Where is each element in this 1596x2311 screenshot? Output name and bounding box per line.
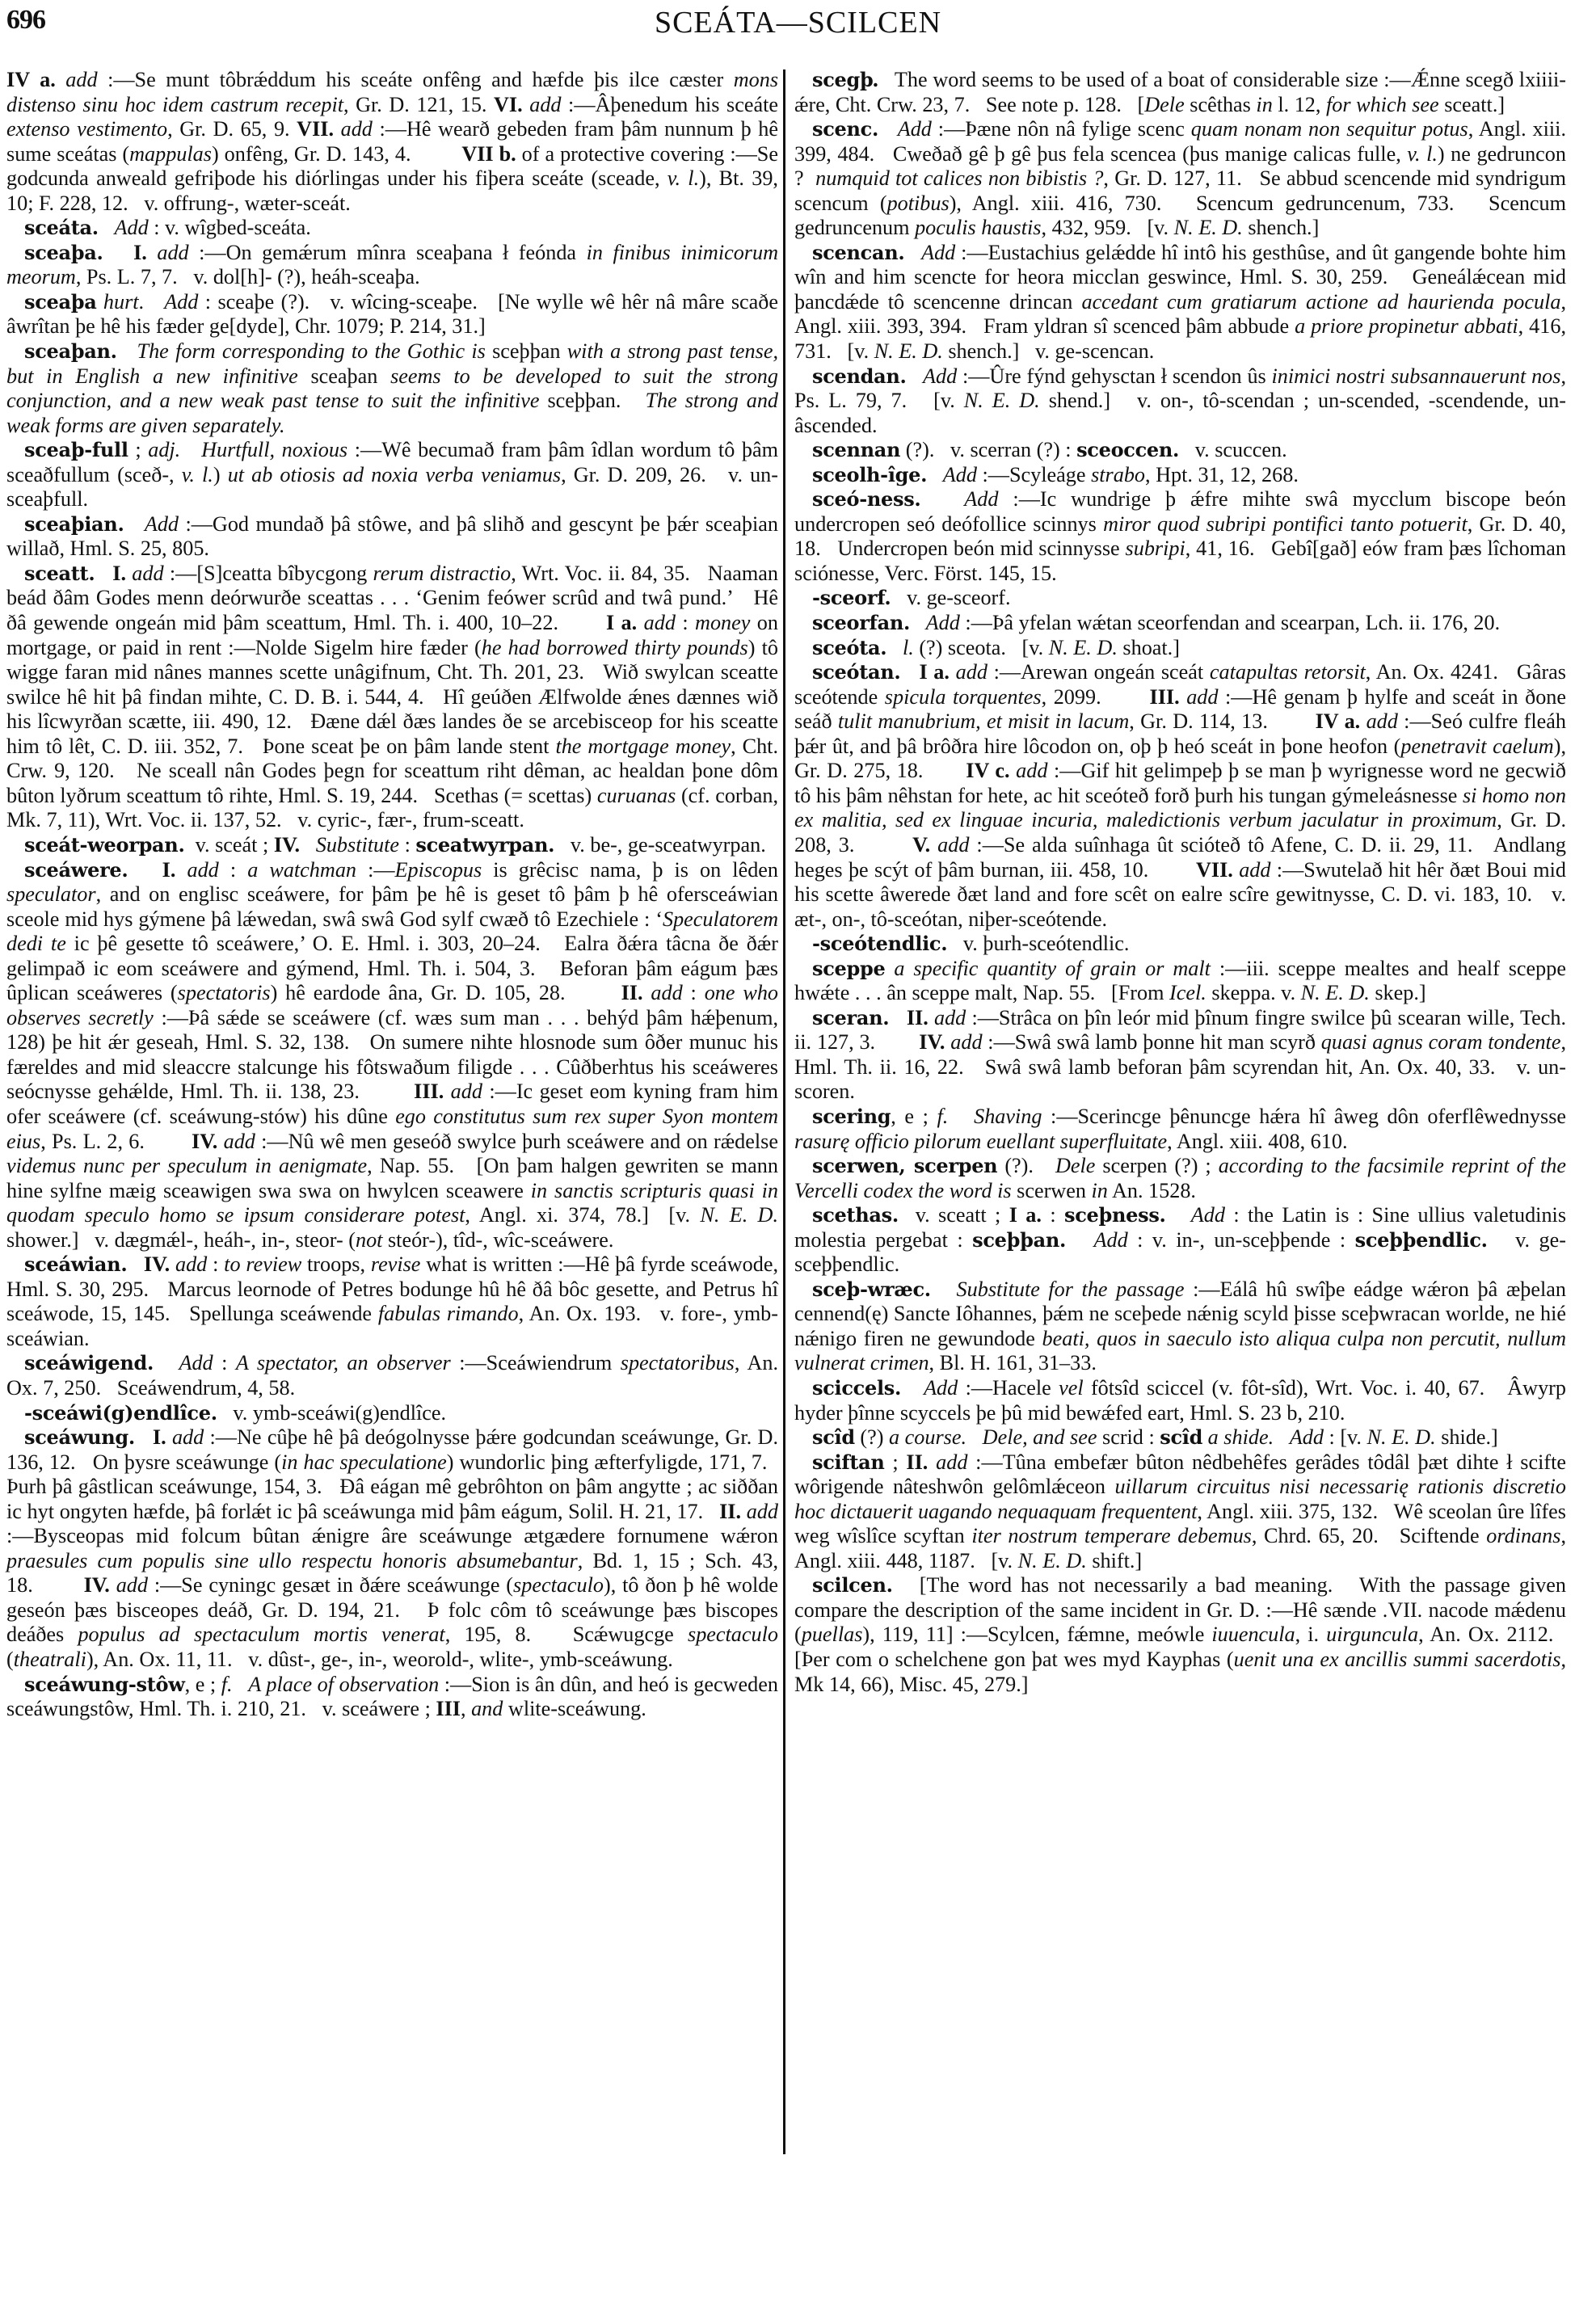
italic-text: uirguncula [1326,1623,1418,1646]
italic-text: populus ad spectaculum mortis venerat [78,1623,444,1646]
italic-text: spectaculo [513,1573,604,1597]
italic-text: Add [179,1351,213,1374]
dictionary-entry: sceáwung-stôw, e ; f. A place of observa… [6,1673,778,1722]
italic-text: in [1256,93,1272,116]
dictionary-entry: sciccels. Add :—Hacele vel fôtsîd scicce… [794,1376,1566,1425]
sense-number: III. [1150,685,1180,709]
italic-text: add [937,833,969,857]
italic-text: l. [903,636,914,659]
italic-text: iuuencula [1211,1623,1295,1646]
sense-number: VI. [494,93,523,116]
headword: sceóta. [812,636,886,659]
headword: scegþ. [812,68,878,91]
dictionary-entry: sceaþa. I. add :—On gemǽrum mînra sceaþa… [6,241,778,290]
dictionary-entry: sceaþian. Add :—God mundað þâ stôwe, and… [6,512,778,562]
dictionary-entry: sceóta. l. (?) sceota. [v. N. E. D. shoa… [794,636,1566,661]
dictionary-entry: -sceorf. v. ge-sceorf. [794,586,1566,611]
italic-text: add [950,1030,982,1054]
italic-text: add [747,1500,778,1523]
headword: sceorfan. [812,611,910,634]
italic-text: inimici nostri subsannauerunt nos [1272,364,1561,388]
italic-text: add [175,1252,207,1276]
headword: sceát-weorpan. [24,833,185,857]
dictionary-entry: sceáwung. I. add :—Ne cûþe hê þâ deógoln… [6,1425,778,1672]
italic-text: N. E. D. [700,1203,778,1227]
headword: sceáta. [24,216,99,239]
italic-text: N. E. D. [874,339,943,363]
italic-text: rasurę officio pilorum euellant superflu… [794,1130,1167,1153]
headword: sceaþ-full [24,438,128,461]
italic-text: and [471,1697,503,1720]
italic-text: f. [221,1673,233,1696]
sense-number: II. [907,1006,929,1029]
sense-number: I a. [919,660,950,684]
dictionary-entry: scennan (?). v. scerran (?) : sceoccen. … [794,438,1566,463]
dictionary-entry: sceolh-îge. Add :—Scyleáge strabo, Hpt. … [794,463,1566,488]
italic-text: hurt [103,290,139,314]
italic-text: add [529,93,561,116]
italic-text: f. [937,1105,949,1128]
italic-text: catapultas retorsit [1210,660,1366,684]
italic-text: add [956,660,987,684]
headword: scilcen. [812,1573,893,1597]
italic-text: Add [924,1376,958,1400]
italic-text: v. l. [182,463,213,486]
sense-number: V. [912,833,930,857]
headword: scendan. [812,364,907,388]
sense-number: IV a. [1316,709,1361,733]
italic-text: N. E. D. [1367,1425,1436,1449]
headword: scîd [1160,1425,1202,1449]
sense-number: VII b. [461,142,516,166]
headword: sceþ-wræc. [812,1278,931,1301]
italic-text: Add [923,364,957,388]
headword: -sceáwi(g)endlîce. [24,1401,217,1425]
italic-text: a course. [889,1425,966,1449]
headword: sceatwyrpan. [415,833,554,857]
dictionary-entry: sceppe a specific quantity of grain or m… [794,957,1566,1006]
dictionary-entry: scîd (?) a course. Dele, and see scrid :… [794,1425,1566,1450]
italic-text: add [224,1130,255,1153]
headword: sceppe [812,957,885,980]
headword: scerwen, scerpen [812,1154,997,1177]
italic-text: add [451,1080,482,1103]
italic-text: Add [145,512,179,536]
headword: sceaþian. [24,512,124,536]
sense-number: III [436,1697,461,1720]
italic-text: Shaving [974,1105,1042,1128]
dictionary-entry: sceáwian. IV. add : to review troops, re… [6,1252,778,1351]
italic-text: in hac speculatione [281,1450,447,1474]
headword: sceótan. [812,660,900,684]
dictionary-entry: scegþ. The word seems to be used of a bo… [794,68,1566,117]
italic-text: Add [164,290,198,314]
italic-text: Add [926,611,960,634]
sense-number: VII. [297,117,334,141]
dictionary-entry: sceþ-wræc. Substitute for the passage :—… [794,1278,1566,1376]
sense-number: IV c. [966,759,1009,782]
italic-text: N. E. D. [1018,1549,1087,1572]
italic-text: add [644,611,676,634]
italic-text: spectatoris [178,981,271,1004]
headword: -sceorf. [812,586,891,609]
headword: sceþþan. [972,1228,1066,1252]
italic-text: A spectator, an observer [236,1351,451,1374]
italic-text: add [1186,685,1218,709]
italic-text: The form corresponding to the Gothic is [137,339,486,363]
italic-text: a watchman [247,858,356,882]
sense-number: I a. [1009,1203,1042,1227]
italic-text: add [1239,858,1270,882]
italic-text: add [116,1573,148,1597]
dictionary-entry: sceaþan. The form corresponding to the G… [6,339,778,438]
headword: sceoccen. [1076,438,1179,461]
italic-text: add [187,858,218,882]
italic-text: quam nonam non sequitur potus [1191,117,1468,141]
headword: sciccels. [812,1376,901,1400]
italic-text: revise [371,1252,421,1276]
dictionary-entry: sceáta. Add : v. wîgbed-sceáta. [6,216,778,241]
italic-text: theatrali [14,1648,86,1671]
italic-text: mappulas [129,142,212,166]
sense-number: I. [133,241,147,264]
headword: scennan [812,438,900,461]
dictionary-entry: sceáwere. I. add : a watchman :—Episcopu… [6,858,778,1253]
italic-text: tulit manubrium, et misit in lacum [838,709,1129,733]
italic-text: N. E. D. [964,389,1040,412]
dictionary-entry: sceó-ness. Add :—Ic wundrige þ ǽfre miht… [794,487,1566,586]
headword: sciftan [812,1450,885,1474]
dictionary-entry: sceáwigend. Add : A spectator, an observ… [6,1351,778,1400]
dictionary-entry: sceát-weorpan. v. sceát ; IV. Substitute… [6,833,778,858]
italic-text: praesules cum populis sine ullo respectu… [6,1549,578,1572]
sense-number: I. [153,1425,166,1449]
sense-number: IV. [84,1573,110,1597]
headword: sceþness. [1064,1203,1166,1227]
headword: sceaþan. [24,339,117,363]
headword: scîd [812,1425,855,1449]
italic-text: Add [964,487,998,511]
italic-text: spectatoribus [621,1351,735,1374]
sense-number: I. [112,562,126,585]
italic-text: iter nostrum temperare debemus [971,1524,1251,1547]
italic-text: add [934,1006,966,1029]
headword: scencan. [812,241,904,264]
left-column: IV a. add :—Se munt tôbrǽddum his sceáte… [6,68,778,1722]
headword: sceaþa. [24,241,103,264]
italic-text: Substitute for the passage [957,1278,1185,1301]
headword: sceolh-îge. [812,463,927,486]
italic-text: add [172,1425,204,1449]
dictionary-entry: scethas. v. sceatt ; I a. : sceþness. Ad… [794,1203,1566,1278]
headword: -sceótendlic. [812,932,947,955]
column-divider [783,69,785,2154]
sense-number: IV. [919,1030,945,1054]
italic-text: in sanctis scripturis quasi in quodam sp… [6,1179,778,1227]
dictionary-entry: -sceáwi(g)endlîce. v. ymb-sceáwi(g)endlî… [6,1401,778,1426]
italic-text: Add [1290,1425,1324,1449]
sense-number: IV. [144,1252,170,1276]
dictionary-entry: sceorfan. Add :—Þâ yfelan wǽtan sceorfen… [794,611,1566,636]
italic-text: quasi agnus coram tondente [1321,1030,1561,1054]
dictionary-entry: scering, e ; f. Shaving :—Scerincge þênu… [794,1105,1566,1154]
headword: sceáwung-stôw [24,1673,185,1696]
italic-text: videmus nunc per speculum in aenigmate [6,1154,367,1177]
italic-text: Hurtfull, noxious [201,438,347,461]
italic-text: add [132,562,163,585]
dictionary-entry: sceaþ-full ; adj. Hurtfull, noxious :—Wê… [6,438,778,512]
italic-text: add [341,117,373,141]
headword: sceáwian. [24,1252,127,1276]
italic-text: vel [1059,1376,1084,1400]
italic-text: Episcopus [395,858,482,882]
dictionary-entry: sceran. II. add :—Strâca on þîn leór mid… [794,1006,1566,1105]
dictionary-entry: sciftan ; II. add :—Tûna embefær bûton n… [794,1450,1566,1574]
sense-number: VII. [1196,858,1233,882]
italic-text: money [695,611,750,634]
italic-text: ego constitutus sum rex super Syon monte… [6,1105,778,1153]
dictionary-entry: scencan. Add :—Eustachius gelǽdde hî int… [794,241,1566,364]
italic-text: miror quod subripi pontifici tanto potue… [1103,512,1468,536]
italic-text: Dele, and see [983,1425,1097,1449]
italic-text: Dele [1144,93,1184,116]
dictionary-entry: sceaþa hurt. Add : sceaþe (?). v. wîcing… [6,290,778,339]
italic-text: to review [224,1252,301,1276]
italic-text: N. E. D. [1174,216,1243,239]
headword: sceáwung. [24,1425,135,1449]
headword: sceatt. [24,562,95,585]
italic-text: Substitute [316,833,399,857]
headword: sceó-ness. [812,487,920,511]
sense-number: IV a. [6,68,56,91]
italic-text: a priore propinetur abbati [1295,314,1518,338]
italic-text: Add [921,241,955,264]
headword: sceáwigend. [24,1351,154,1374]
sense-number: III. [414,1080,444,1103]
headword: scenc. [812,117,878,141]
sense-number: I a. [606,611,637,634]
italic-text: beati, quos in saeculo isto aliqua culpa… [794,1327,1566,1375]
italic-text: Dele [1055,1154,1095,1177]
headword: sceáwere. [24,858,128,882]
italic-text: add [936,1450,967,1474]
dictionary-entry: sceatt. I. add :—[S]ceatta bîbycgong rer… [6,562,778,833]
dictionary-entry: scenc. Add :—Þæne nôn nâ fylige scenc qu… [794,117,1566,241]
italic-text: for which see [1326,93,1439,116]
headword: sceran. [812,1006,889,1029]
italic-text: Speculatorem dedi te [6,907,778,956]
headword: sceaþa [24,290,96,314]
italic-text: A place of observation [248,1673,439,1696]
running-head: SCEÁTA—SCILCEN [0,5,1596,40]
italic-text: speculator [6,882,96,906]
italic-text: curuanas [597,784,676,807]
italic-text: a shide. [1208,1425,1274,1449]
italic-text: add [65,68,97,91]
headword: sceþþendlic. [1355,1228,1488,1252]
italic-text: not [356,1228,382,1252]
sense-number: II. [719,1500,741,1523]
dictionary-entry: IV a. add :—Se munt tôbrǽddum his sceáte… [6,68,778,216]
italic-text: potibus [887,192,950,215]
dictionary-entry: -sceótendlic. v. þurh-sceótendlic. [794,932,1566,957]
italic-text: fabulas rimando [378,1302,519,1325]
right-column: scegþ. The word seems to be used of a bo… [794,68,1566,1697]
italic-text: Icel. [1169,981,1206,1004]
italic-text: v. l. [667,166,699,190]
italic-text: subripi [1126,537,1185,560]
sense-number: IV. [192,1130,217,1153]
italic-text: rerum distractio [373,562,512,585]
italic-text: poculis haustis [915,216,1041,239]
italic-text: Add [1093,1228,1127,1252]
italic-text: extenso vestimento [6,117,167,141]
sense-number: I. [162,858,176,882]
dictionary-entry: scendan. Add :—Ûre fýnd gehysctan ł scen… [794,364,1566,439]
italic-text: Add [943,463,977,486]
italic-text: add [157,241,188,264]
dictionary-entry: scilcen. [The word has not necessarily a… [794,1573,1566,1697]
italic-text: numquid tot calices non bibistis ? [815,166,1103,190]
italic-text: si homo non ex malitia, sed ex linguae i… [794,784,1566,832]
italic-text: in [1091,1179,1107,1202]
italic-text: v. l. [1407,142,1438,166]
italic-text: Add [898,117,932,141]
italic-text: add [1366,709,1398,733]
dictionary-entry: sceótan. I a. add :—Arewan ongeán sceát … [794,660,1566,932]
sense-number: II. [621,981,643,1004]
italic-text: add [1016,759,1047,782]
italic-text: ordinans [1486,1524,1560,1547]
italic-text: in finibus inimicorum meorum [6,241,778,289]
italic-text: N. E. D. [1301,981,1370,1004]
italic-text: add [651,981,682,1004]
italic-text: uillarum circuitus nisi necessarię ratio… [794,1475,1566,1523]
italic-text: penetravit caelum [1400,735,1553,758]
italic-text: the mortgage money [555,735,731,758]
sense-number: II. [906,1450,928,1474]
headword: scering [812,1105,891,1128]
italic-text: Add [1191,1203,1225,1227]
italic-text: mons distenso sinu hoc idem castrum rece… [6,68,778,116]
italic-text: he had borrowed thirty pounds [482,636,748,659]
italic-text: ut ab otiosis ad noxia verba veniamus [228,463,561,486]
italic-text: a specific quantity of grain or malt [894,957,1211,980]
italic-text: uenit una ex ancillis summi sacerdotis [1234,1648,1561,1671]
sense-number: IV. [274,833,300,857]
italic-text: puellas [802,1623,863,1646]
headword: scethas. [812,1203,899,1227]
italic-text: spectaculo [688,1623,778,1646]
italic-text: Add [114,216,148,239]
italic-text: adj. [148,438,180,461]
italic-text: accedant cum gratiarum actione ad haurie… [1081,290,1560,314]
italic-text: strabo [1091,463,1145,486]
italic-text: spicula torquentes [885,685,1042,709]
italic-text: N. E. D. [1049,636,1118,659]
dictionary-entry: scerwen, scerpen (?). Dele scerpen (?) ;… [794,1154,1566,1203]
